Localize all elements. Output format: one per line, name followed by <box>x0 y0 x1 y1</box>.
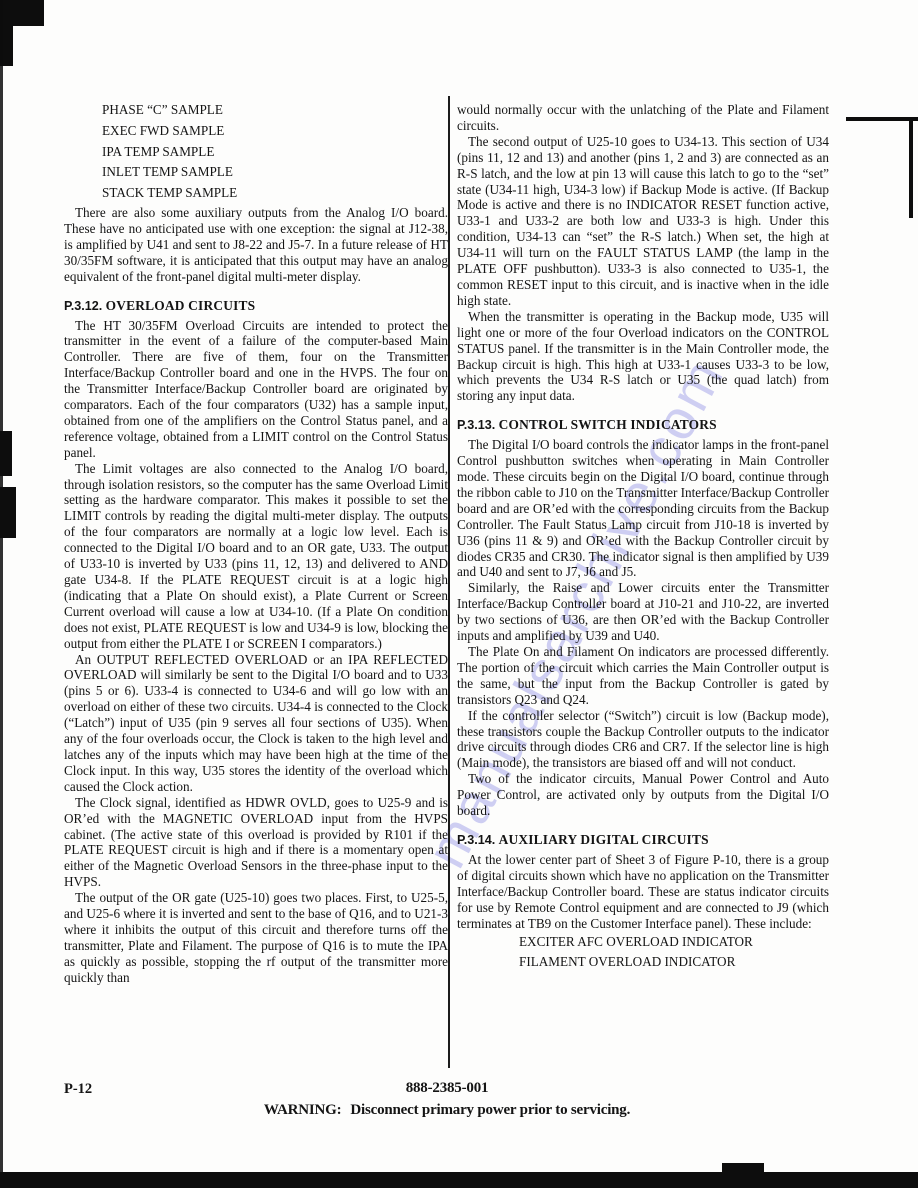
paragraph-continuation: would normally occur with the unlatching… <box>457 102 829 134</box>
sample-list: PHASE “C” SAMPLE EXEC FWD SAMPLE IPA TEM… <box>64 100 448 204</box>
section-number: P.3.12. <box>64 299 102 313</box>
list-item-filament-overload: FILAMENT OVERLOAD INDICATOR <box>519 952 829 973</box>
paragraph-two-indicators: Two of the indicator circuits, Manual Po… <box>457 771 829 819</box>
section-title: CONTROL SWITCH INDICATORS <box>499 417 717 432</box>
list-item-exciter-afc: EXCITER AFC OVERLOAD INDICATOR <box>519 932 829 953</box>
scan-artifact-right-edge-line <box>909 117 913 218</box>
paragraph-overload-4: The Clock signal, identified as HDWR OVL… <box>64 795 448 890</box>
paragraph-controller-selector: If the controller selector (“Switch”) ci… <box>457 708 829 772</box>
indicator-list: EXCITER AFC OVERLOAD INDICATOR FILAMENT … <box>457 932 829 974</box>
right-column: would normally occur with the unlatching… <box>457 102 829 974</box>
list-item-phase-c-sample: PHASE “C” SAMPLE <box>102 100 448 121</box>
left-column: PHASE “C” SAMPLE EXEC FWD SAMPLE IPA TEM… <box>64 100 448 986</box>
section-heading-p312: P.3.12. OVERLOAD CIRCUITS <box>64 298 448 314</box>
paragraph-overload-3: An OUTPUT REFLECTED OVERLOAD or an IPA R… <box>64 652 448 795</box>
column-divider-rule <box>448 96 450 1068</box>
list-item-ipa-temp-sample: IPA TEMP SAMPLE <box>102 142 448 163</box>
list-item-exec-fwd-sample: EXEC FWD SAMPLE <box>102 121 448 142</box>
list-item-inlet-temp-sample: INLET TEMP SAMPLE <box>102 162 448 183</box>
paragraph-digital-io: The Digital I/O board controls the indic… <box>457 437 829 580</box>
scan-artifact-bottom-bump <box>722 1163 764 1175</box>
paragraph-backup-mode: When the transmitter is operating in the… <box>457 309 829 404</box>
warning-label: WARNING: <box>264 1102 342 1118</box>
paragraph-overload-5: The output of the OR gate (U25-10) goes … <box>64 890 448 985</box>
scan-artifact-top-right-line <box>846 117 918 121</box>
scan-artifact-left-edge <box>0 0 3 1188</box>
manual-page: manualsarchive.com PHASE “C” SAMPLE EXEC… <box>0 0 918 1188</box>
scan-artifact-bottom-bar <box>0 1172 918 1188</box>
warning-text: Disconnect primary power prior to servic… <box>350 1102 630 1118</box>
paragraph-overload-2: The Limit voltages are also connected to… <box>64 461 448 652</box>
list-item-stack-temp-sample: STACK TEMP SAMPLE <box>102 183 448 204</box>
section-number: P.3.13. <box>457 418 495 432</box>
paragraph-plate-filament: The Plate On and Filament On indicators … <box>457 644 829 708</box>
paragraph-second-output: The second output of U25-10 goes to U34-… <box>457 134 829 309</box>
scan-artifact-left-tick-2 <box>0 487 16 538</box>
paragraph-aux-digital: At the lower center part of Sheet 3 of F… <box>457 852 829 932</box>
paragraph-aux-outputs: There are also some auxiliary outputs fr… <box>64 205 448 285</box>
footer-doc-number: 888-2385-001 <box>64 1080 830 1097</box>
footer-warning: WARNING:Disconnect primary power prior t… <box>64 1102 830 1119</box>
paragraph-overload-1: The HT 30/35FM Overload Circuits are int… <box>64 318 448 461</box>
section-number: P.3.14. <box>457 833 495 847</box>
section-heading-p314: P.3.14. AUXILIARY DIGITAL CIRCUITS <box>457 832 829 848</box>
paragraph-raise-lower: Similarly, the Raise and Lower circuits … <box>457 580 829 644</box>
section-title: OVERLOAD CIRCUITS <box>106 298 256 313</box>
scan-artifact-left-tick-1 <box>0 431 12 476</box>
section-heading-p313: P.3.13. CONTROL SWITCH INDICATORS <box>457 417 829 433</box>
section-title: AUXILIARY DIGITAL CIRCUITS <box>499 832 709 847</box>
